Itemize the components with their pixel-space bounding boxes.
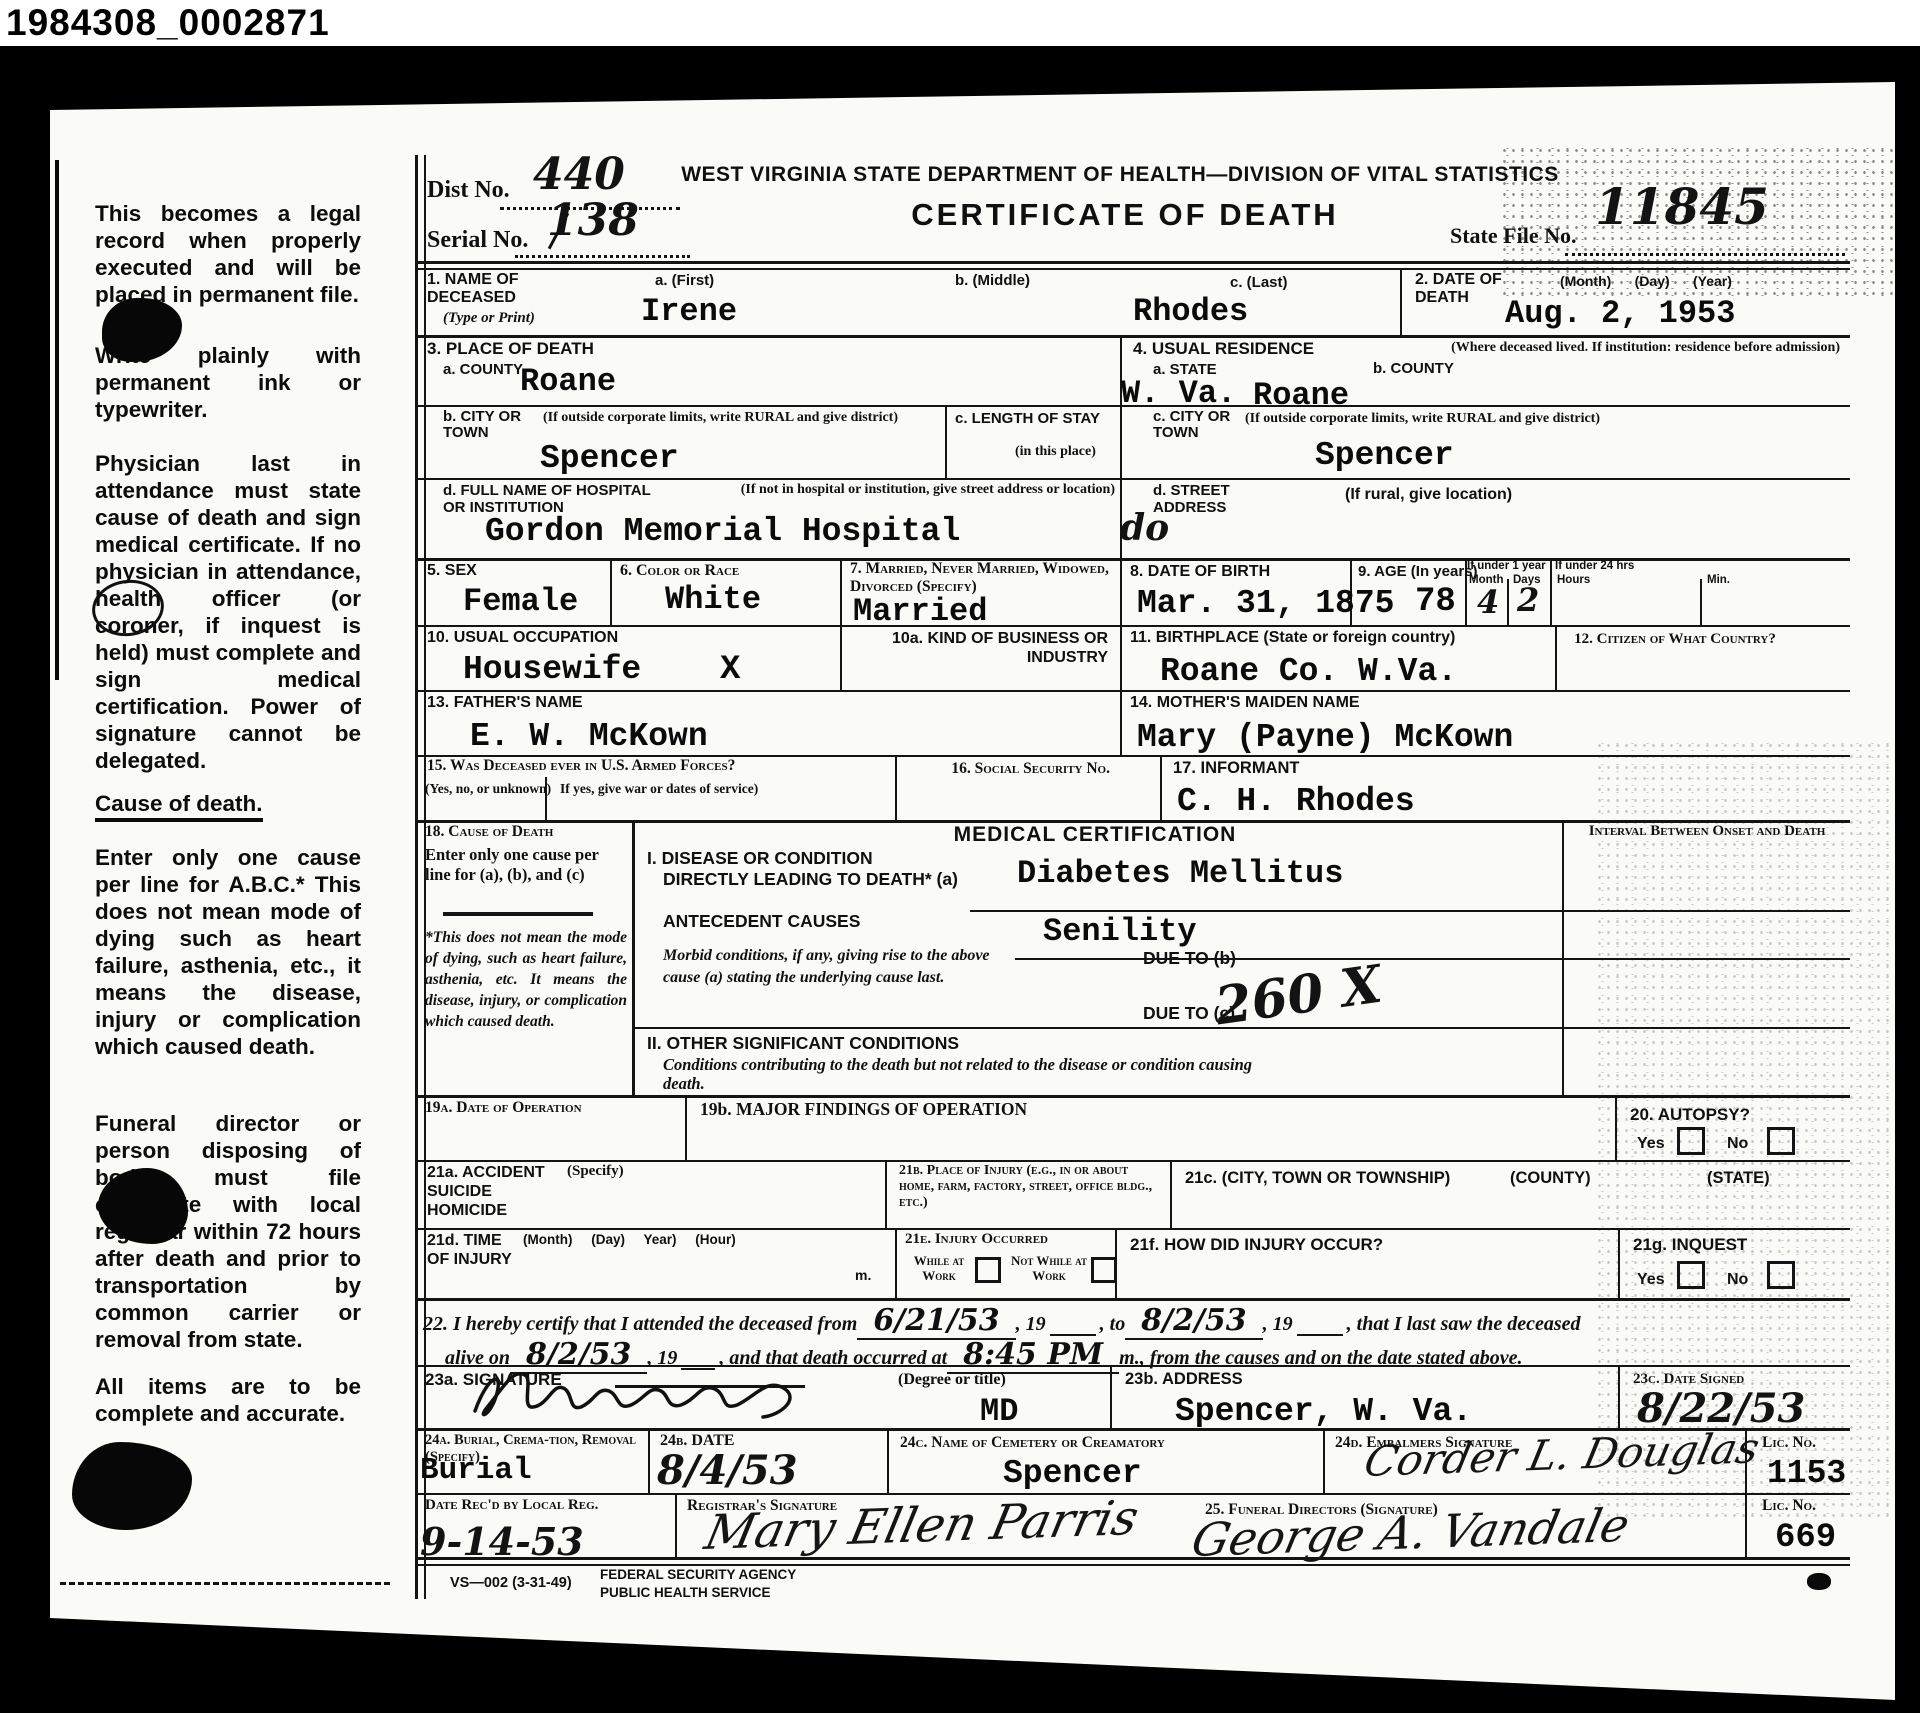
race-value: White: [665, 581, 761, 618]
burial-date-value: 8/4/53: [657, 1447, 798, 1494]
state-file-value: 11845: [1595, 177, 1769, 236]
father-name-value: E. W. McKown: [470, 718, 708, 755]
occupation-value: Housewife: [463, 651, 641, 688]
time-of-injury-columns: (Month) (Day) Year) (Hour): [523, 1232, 736, 1247]
rule-line: [415, 261, 1850, 264]
place-of-death-label: 3. PLACE OF DEATH: [427, 339, 594, 359]
sex-label: 5. SEX: [427, 562, 477, 580]
res-county-label: b. COUNTY: [1373, 360, 1454, 377]
inquest-label: 21g. INQUEST: [1633, 1235, 1747, 1255]
degree-or-title-label: (Degree or title): [898, 1371, 1006, 1389]
ssn-label: 16. Social Security No.: [920, 759, 1110, 778]
armed-forces-label: 15. Was Deceased ever in U.S. Armed Forc…: [427, 757, 735, 775]
birthplace-label: 11. BIRTHPLACE (State or foreign country…: [1130, 629, 1455, 647]
agency-line1: FEDERAL SECURITY AGENCY: [600, 1567, 796, 1582]
rule-line: [1110, 1365, 1112, 1428]
rule-line: [415, 690, 1850, 692]
injury-city-label: 21c. (CITY, TOWN OR TOWNSHIP): [1185, 1169, 1450, 1188]
due-to-b-label: DUE TO (b): [1143, 948, 1236, 969]
pod-county-label: a. COUNTY: [443, 361, 523, 378]
hours-label: Hours: [1557, 574, 1590, 586]
rule-line: [1170, 1160, 1172, 1228]
margin-note: This becomes a legal record when properl…: [95, 200, 361, 308]
pod-city-label: b. CITY OR TOWN: [443, 409, 523, 441]
first-name-value: Irene: [641, 293, 737, 330]
rule-line: [895, 755, 897, 820]
agency-line2: PUBLIC HEALTH SERVICE: [600, 1585, 771, 1600]
sex-value: Female: [463, 583, 578, 620]
rule-line: [1120, 690, 1122, 755]
under-24-hrs-label: If under 24 hrs: [1555, 560, 1634, 572]
mother-name-label: 14. MOTHER'S MAIDEN NAME: [1130, 694, 1360, 712]
rule-line: [885, 1160, 887, 1228]
rule-line: [415, 1095, 1850, 1098]
min-label: Min.: [1707, 574, 1730, 586]
inquest-yes-label: Yes: [1637, 1271, 1665, 1289]
certify-19b: , 19: [1263, 1313, 1293, 1336]
certify-tail1: , that I last saw the deceased: [1347, 1313, 1581, 1336]
cause-of-death-rule: Enter only one cause per line for (a), (…: [425, 845, 625, 885]
rule-line: [945, 405, 947, 478]
certify-pre: 22. I hereby certify that I attended the…: [423, 1313, 857, 1336]
physician-signature-scrawl: [467, 1361, 807, 1423]
birthplace-value: Roane Co. W.Va.: [1160, 653, 1457, 690]
rule-line: [685, 1095, 687, 1160]
dist-no-label: Dist No.: [427, 177, 510, 204]
cause-of-death-heading: Cause of death.: [95, 791, 263, 822]
occupation-label: 10. USUAL OCCUPATION: [427, 629, 618, 647]
race-label: 6. Color or Race: [620, 562, 739, 580]
rule-line: [895, 1228, 897, 1298]
form-number: VS—002 (3-31-49): [450, 1575, 572, 1591]
cause-of-death-note: *This does not mean the mode of dying, s…: [425, 927, 627, 1032]
middle-name-label: b. (Middle): [955, 272, 1030, 289]
degree-value: MD: [980, 1393, 1018, 1430]
rule-line: [1160, 755, 1162, 820]
date-of-operation-label: 19a. Date of Operation: [425, 1099, 585, 1117]
date-received-value: 9-14-53: [420, 1519, 584, 1564]
date-of-death-label: 2. DATE OF DEATH: [1415, 271, 1515, 307]
inquest-no-label: No: [1727, 1271, 1748, 1289]
rule-line: [1615, 1095, 1617, 1160]
attended-from-value: 6/21/53: [857, 1303, 1015, 1340]
scan-header-strip: 1984308_0002871: [0, 0, 1920, 46]
rule-line: [415, 1564, 1850, 1566]
burial-type-value: Burial: [420, 1453, 532, 1488]
pod-city-value: Spencer: [540, 440, 679, 477]
accident-suicide-homicide-label: 21a. ACCIDENT SUICIDE HOMICIDE: [427, 1163, 562, 1220]
inquest-yes-checkbox: [1677, 1261, 1705, 1289]
disease-label-1: I. DISEASE OR CONDITION: [647, 848, 873, 869]
rule-line: [1618, 1228, 1620, 1298]
citizen-label: 12. Citizen of What Country?: [1570, 631, 1780, 648]
residence-note: (Where deceased lived. If institution: r…: [1320, 340, 1840, 356]
autopsy-yes-label: Yes: [1637, 1135, 1665, 1153]
rule-line: [415, 268, 1850, 270]
rule-line: [970, 910, 1850, 912]
injury-state-label: (STATE): [1707, 1169, 1770, 1188]
res-city-label: c. CITY OR TOWN: [1153, 409, 1233, 441]
serial-no-value: 138: [547, 195, 639, 246]
type-or-print-note: (Type or Print): [443, 310, 535, 327]
embalmer-lic-value: 1153: [1767, 1455, 1846, 1492]
rule-line: [443, 912, 593, 916]
under-1-year-label: If under 1 year: [1467, 560, 1546, 572]
date-of-death-value: Aug. 2, 1953: [1505, 295, 1735, 332]
rule-line: [415, 558, 1850, 561]
hospital-label: d. FULL NAME OF HOSPITAL OR INSTITUTION: [443, 482, 673, 516]
rule-line: [632, 820, 635, 1095]
dob-value: Mar. 31, 1875: [1137, 585, 1394, 622]
rule-line: [1555, 625, 1557, 690]
rule-line: [840, 558, 842, 625]
pod-county-value: Roane: [520, 363, 616, 400]
department-title: WEST VIRGINIA STATE DEPARTMENT OF HEALTH…: [620, 163, 1620, 187]
business-label: 10a. KIND OF BUSINESS OR INDUSTRY: [853, 629, 1108, 667]
death-certificate-form: Dist No. 440 Serial No. 138 WEST VIRGINI…: [415, 155, 1850, 1625]
name-of-deceased-label: 1. NAME OF DECEASED: [427, 271, 597, 307]
rule-line: [1323, 1428, 1325, 1493]
margin-note: Enter only one cause per line for A.B.C.…: [95, 844, 361, 1060]
rule-line: [675, 1493, 677, 1557]
cause-of-death-label: 18. Cause of Death: [425, 823, 553, 841]
rule-line: [1120, 558, 1122, 625]
mother-name-value: Mary (Payne) McKown: [1137, 719, 1513, 756]
scan-edge-artifact: [55, 160, 59, 680]
res-city-value: Spencer: [1315, 437, 1454, 474]
rule-line: [1015, 958, 1850, 960]
autopsy-no-checkbox: [1767, 1127, 1795, 1155]
fd-lic-label: Lic. No.: [1762, 1497, 1816, 1515]
last-name-label: c. (Last): [1230, 274, 1288, 291]
fd-lic-value: 669: [1775, 1519, 1836, 1557]
address-label: 23b. ADDRESS: [1125, 1370, 1243, 1389]
specify-note: (Specify): [567, 1163, 624, 1180]
rule-line: [415, 1557, 1850, 1560]
address-value: Spencer, W. Va.: [1175, 1393, 1472, 1430]
street-address-label: d. STREET ADDRESS: [1153, 482, 1283, 516]
while-at-work-label: While at Work: [903, 1253, 975, 1283]
rule-line: [1400, 268, 1402, 335]
injury-county-label: (COUNTY): [1510, 1169, 1591, 1188]
occupation-mark: X: [720, 651, 740, 689]
rule-line: [1700, 579, 1702, 625]
dist-no-value: 440: [533, 149, 625, 200]
cause-b-value: Senility: [1043, 913, 1197, 950]
blank-line: [1297, 1332, 1343, 1336]
margin-note: All items are to be complete and accurat…: [95, 1373, 361, 1427]
medical-certification-title: MEDICAL CERTIFICATION: [815, 823, 1375, 847]
rule-line: [648, 1428, 650, 1493]
interval-label: Interval Between Onset and Death: [1573, 823, 1841, 840]
other-conditions-label: II. OTHER SIGNIFICANT CONDITIONS: [647, 1033, 959, 1054]
rule-line: [840, 625, 842, 690]
not-while-at-work-label: Not While at Work: [1007, 1253, 1091, 1283]
not-while-at-work-checkbox: [1091, 1257, 1117, 1283]
cause-c-value: 260 X: [1212, 954, 1386, 1038]
age-months-value: 4: [1477, 583, 1499, 621]
father-name-label: 13. FATHER'S NAME: [427, 694, 583, 712]
certify-to-word: , to: [1100, 1313, 1126, 1336]
certify-tail2: m., from the causes and on the date stat…: [1119, 1347, 1522, 1370]
disease-label-2: DIRECTLY LEADING TO DEATH* (a): [663, 869, 958, 890]
embalmer-lic-label: Lic. No.: [1762, 1434, 1816, 1452]
scan-dashed-line: [60, 1582, 390, 1585]
rule-line: [415, 1298, 1850, 1301]
res-state-value: W. Va.: [1121, 375, 1236, 412]
informant-label: 17. INFORMANT: [1173, 759, 1300, 778]
inquest-no-checkbox: [1767, 1261, 1795, 1289]
length-of-stay-note: (in this place): [1015, 444, 1096, 460]
date-of-death-columns: (Month) (Day) (Year): [1560, 273, 1732, 289]
informant-value: C. H. Rhodes: [1177, 783, 1415, 820]
rule-line: [887, 1428, 889, 1493]
rule-line: [415, 478, 1850, 480]
autopsy-yes-checkbox: [1677, 1127, 1705, 1155]
marital-value: Married: [853, 593, 987, 630]
rule-line: [415, 625, 1850, 627]
rule-line: [415, 1160, 1850, 1162]
rule-line: [610, 558, 612, 625]
injury-occurred-label: 21e. Injury Occurred: [905, 1231, 1048, 1248]
first-name-label: a. (First): [655, 272, 714, 289]
other-conditions-note: Conditions contributing to the death but…: [663, 1055, 1283, 1093]
antecedent-note: Morbid conditions, if any, giving rise t…: [663, 945, 993, 989]
time-of-injury-label: 21d. TIME OF INJURY: [427, 1231, 517, 1269]
rule-line: [415, 1228, 1850, 1230]
place-of-injury-label: 21b. Place of Injury (e.g., in or about …: [899, 1163, 1161, 1211]
rule-line: [1565, 253, 1845, 256]
certify-statement-line1: 22. I hereby certify that I attended the…: [423, 1303, 1581, 1340]
embalmer-signature: Corder L. Douglas: [1360, 1423, 1764, 1486]
street-address-note: (If rural, give location): [1345, 486, 1512, 504]
ink-blot: [72, 1442, 192, 1530]
major-findings-label: 19b. MAJOR FINDINGS OF OPERATION: [700, 1099, 1027, 1120]
rule-line: [1618, 1365, 1620, 1428]
age-label: 9. AGE (In years): [1358, 563, 1478, 580]
state-file-label: State File No.: [1450, 223, 1576, 249]
death-time-value: 8:45 PM: [947, 1337, 1119, 1374]
rule-line: [415, 155, 418, 1599]
age-days-value: 2: [1517, 581, 1539, 619]
serial-no-label: Serial No.: [427, 227, 528, 254]
armed-forces-note1: (Yes, no, or unknown): [425, 781, 551, 797]
margin-instructions: This becomes a legal record when properl…: [95, 200, 361, 1427]
res-city-note: (If outside corporate limits, write RURA…: [1245, 411, 1805, 427]
rule-line: [1507, 579, 1509, 625]
rule-line: [515, 255, 690, 258]
residence-label: 4. USUAL RESIDENCE: [1133, 339, 1314, 359]
how-did-injury-occur-label: 21f. HOW DID INJURY OCCUR?: [1130, 1235, 1383, 1255]
antecedent-label: ANTECEDENT CAUSES: [663, 911, 860, 932]
while-at-work-checkbox: [975, 1257, 1001, 1283]
cemetery-label: 24c. Name of Cemetery or Creamatory: [900, 1434, 1165, 1452]
rule-line: [1562, 820, 1564, 1095]
length-of-stay-label: c. LENGTH OF STAY: [955, 410, 1115, 427]
autopsy-label: 20. AUTOPSY?: [1630, 1105, 1750, 1125]
autopsy-no-label: No: [1727, 1135, 1748, 1153]
scan-id-label: 1984308_0002871: [6, 2, 330, 44]
time-of-injury-m: m.: [855, 1267, 871, 1283]
certify-19a: , 19: [1016, 1313, 1046, 1336]
last-name-value: Rhodes: [1133, 293, 1248, 330]
date-received-label: Date Rec'd by Local Reg.: [425, 1497, 655, 1514]
pod-city-note: (If outside corporate limits, write RURA…: [543, 410, 928, 426]
blank-line: [1050, 1332, 1096, 1336]
street-address-value: do: [1120, 507, 1169, 549]
cause-a-value: Diabetes Mellitus: [1017, 855, 1343, 892]
dob-label: 8. DATE OF BIRTH: [1130, 563, 1270, 581]
age-value: 78: [1415, 583, 1456, 621]
cemetery-value: Spencer: [1003, 1455, 1142, 1492]
attended-to-value: 8/2/53: [1125, 1303, 1262, 1340]
armed-forces-note2: If yes, give war or dates of service): [560, 781, 758, 797]
certificate-page: This becomes a legal record when properl…: [50, 60, 1895, 1710]
hospital-value: Gordon Memorial Hospital: [485, 513, 960, 550]
hospital-note: (If not in hospital or institution, give…: [685, 482, 1115, 498]
printers-union-bug-icon: [1807, 1573, 1831, 1590]
rule-line: [1120, 625, 1122, 690]
rule-line: [415, 335, 1850, 338]
certificate-title: CERTIFICATE OF DEATH: [815, 197, 1435, 233]
res-county-value: Roane: [1253, 377, 1349, 414]
rule-line: [1550, 558, 1552, 625]
marital-label: 7. Married, Never Married, Widowed, Divo…: [850, 560, 1118, 596]
